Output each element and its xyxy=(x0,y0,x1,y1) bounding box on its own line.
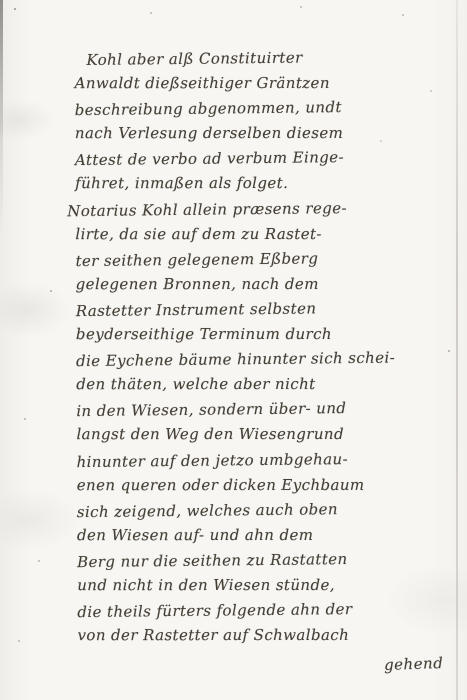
manuscript-line: den thäten, welche aber nicht xyxy=(76,375,452,400)
manuscript-line: gelegenen Bronnen, nach dem xyxy=(76,275,452,300)
manuscript-line: in den Wiesen, sondern über- und xyxy=(76,398,452,427)
scan-edge-left xyxy=(0,0,3,240)
manuscript-line: lirte, da sie auf dem zu Rastet- xyxy=(75,224,451,249)
manuscript-line: hinunter auf den jetzo umbgehau- xyxy=(76,448,452,477)
manuscript-line: die Eychene bäume hinunter sich schei- xyxy=(76,348,452,377)
manuscript-line: enen queren oder dicken Eychbaum xyxy=(77,475,453,500)
manuscript-line: ter seithen gelegenem Eßberg xyxy=(75,248,451,277)
manuscript-line: von der Rastetter auf Schwalbach xyxy=(78,626,454,651)
manuscript-line: führet, inmaßen als folget. xyxy=(75,174,451,199)
manuscript-line: beyderseithige Terminum durch xyxy=(76,325,452,350)
manuscript-line: und nicht in den Wiesen stünde, xyxy=(77,576,453,601)
manuscript-line: langst den Weg den Wiesengrund xyxy=(76,425,452,450)
manuscript-text-block: Kohl aber alß Constituirter Anwaldt dieß… xyxy=(74,48,453,652)
manuscript-line: Attest de verbo ad verbum Einge- xyxy=(75,147,451,176)
manuscript-line: den Wiesen auf- und ahn dem xyxy=(77,526,453,551)
page-fold-line xyxy=(456,0,458,700)
manuscript-line: Anwaldt dießseithiger Gräntzen xyxy=(75,74,451,99)
manuscript-page: Kohl aber alß Constituirter Anwaldt dieß… xyxy=(0,0,467,700)
manuscript-line: die theils fürters folgende ahn der xyxy=(77,599,453,628)
manuscript-line: sich zeigend, welches auch oben xyxy=(77,499,453,528)
manuscript-line: Notarius Kohl allein præsens rege- xyxy=(67,197,451,226)
manuscript-line: Rastetter Instrument selbsten xyxy=(76,298,452,327)
manuscript-line: nach Verlesung derselben diesem xyxy=(75,124,451,149)
manuscript-line: Berg nur die seithen zu Rastatten xyxy=(77,549,453,578)
catchword: gehend xyxy=(383,654,443,674)
manuscript-line: Kohl aber alß Constituirter xyxy=(74,47,450,76)
manuscript-line: beschreibung abgenommen, undt xyxy=(75,97,451,126)
paper-speckles xyxy=(0,0,2,2)
